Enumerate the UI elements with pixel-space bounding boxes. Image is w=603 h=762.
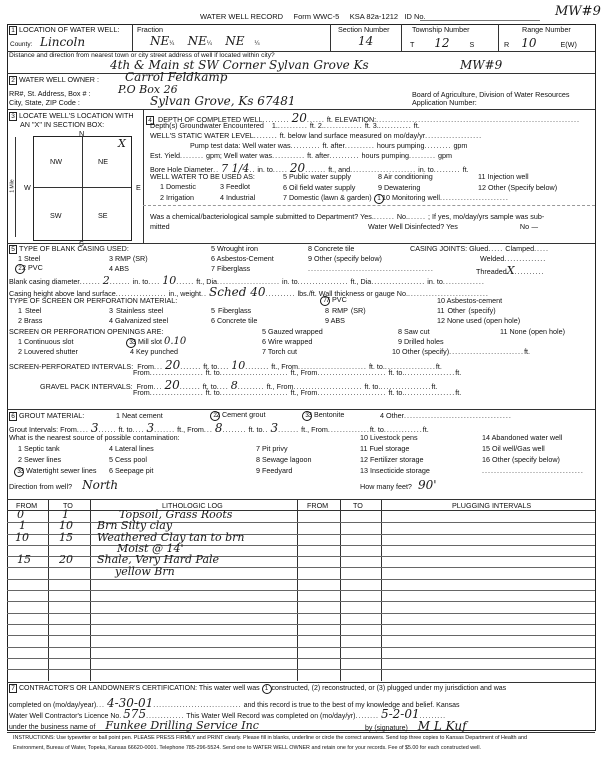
casing-wrought-iron[interactable]: 5 Wrought iron <box>211 244 258 253</box>
use-col1: 1 Domestic 2 Irrigation <box>160 182 196 203</box>
opening-key[interactable]: 4 Key punched <box>130 347 178 356</box>
township-label: Township Number <box>412 25 470 34</box>
corner-note: MW#9 <box>555 4 601 19</box>
opening-none[interactable]: 11 None (open hole) <box>500 327 565 336</box>
header-plug-to: TO <box>353 501 363 510</box>
casing-abs[interactable]: 4 ABS <box>109 264 129 273</box>
opening-louvered[interactable]: 2 Louvered shutter <box>18 347 78 356</box>
north-label: N <box>79 129 84 138</box>
owner-field[interactable]: Carrol Feldkamp <box>125 70 227 84</box>
county-field[interactable]: Lincoln <box>40 35 85 49</box>
section7-line1: 7CONTRACTOR'S OR LANDOWNER'S CERTIFICATI… <box>9 684 506 694</box>
city-label: City, State, ZIP Code : <box>9 98 80 107</box>
opening-wire[interactable]: 6 Wire wrapped <box>262 337 312 346</box>
casing-steel[interactable]: 1 Steel <box>18 254 40 263</box>
sample-tail: mitted <box>150 222 170 231</box>
application-label: Application Number: <box>412 98 477 107</box>
screen-material-label: TYPE OF SCREEN OR PERFORATION MATERIAL: <box>9 296 177 305</box>
section5-label: 5TYPE OF BLANK CASING USED: <box>9 244 129 254</box>
section6-label: 6GROUT MATERIAL: <box>9 411 84 421</box>
business-row[interactable]: under the business name of Funkee Drilli… <box>9 719 259 732</box>
casing-rmp[interactable]: 3 RMP (SR) <box>109 254 148 263</box>
use-col3: 5 Public water supply 6 Oil field water … <box>283 172 372 204</box>
range-label: Range Number <box>522 25 571 34</box>
instructions-line2: Environment, Bureau of Water, Topeka, Ka… <box>13 745 481 751</box>
use-monitoring-well[interactable]: 110 Monitoring well.....................… <box>378 193 509 204</box>
opening-gauzed[interactable]: 5 Gauzed wrapped <box>262 327 323 336</box>
screen-pvc[interactable]: 77 PVC <box>320 295 347 306</box>
statute: KSA 82a-1212 <box>350 12 398 21</box>
opening-continuous[interactable]: 1 Continuous slot <box>18 337 74 346</box>
title-text: WATER WELL RECORD <box>200 12 283 21</box>
use-col5: 11 Injection well 12 Other (Specify belo… <box>478 172 557 193</box>
casing-other[interactable]: 9 Other (specify below) <box>308 254 382 263</box>
static-level-row[interactable]: WELL'S STATIC WATER LEVEL........ ft. be… <box>150 131 482 140</box>
screen-row2: 2 Brass 4 Galvanized steel 6 Concrete ti… <box>18 316 42 325</box>
grout-cement[interactable]: 22 Cement grout <box>210 410 266 421</box>
disinfected-row[interactable]: Water Well Disinfected? Yes No — <box>368 222 538 231</box>
mile-label: 1 Mile <box>10 179 16 192</box>
casing-asbestos[interactable]: 6 Asbestos-Cement <box>211 254 274 263</box>
fraction-label: Fraction <box>137 25 163 34</box>
contam-row3: 33 Watertight sewer lines 6 Seepage pit … <box>14 466 96 477</box>
contam-livestock[interactable]: 10 Livestock pens <box>360 433 418 442</box>
location-mark: X <box>118 137 126 150</box>
fraction-field[interactable]: NE¼ NE¼ NE ¼ <box>150 34 260 48</box>
contam-row1: 1 Septic tank 4 Lateral lines 7 Pit priv… <box>18 444 60 453</box>
sample-row[interactable]: Was a chemical/bacteriological sample su… <box>150 212 544 221</box>
joints-glued[interactable]: CASING JOINTS: Glued..... Clamped..... <box>410 244 549 253</box>
section3-sublabel: AN "X" IN SECTION BOX: <box>20 120 104 129</box>
address-label: RR#, St. Address, Box # : <box>9 89 91 98</box>
screen-asbestos[interactable]: 10 Asbestos-cement <box>437 296 502 305</box>
grout-other[interactable]: 4 Other.................................… <box>380 411 512 420</box>
opening-drilled[interactable]: 9 Drilled holes <box>398 337 444 346</box>
opening-other[interactable]: 10 Other (specify)......................… <box>392 347 530 356</box>
signature-row[interactable]: by (signature) M L Kuf <box>365 719 467 733</box>
range-field[interactable]: R 10 E(W) <box>504 36 577 50</box>
screen-intervals-row2[interactable]: From.................. ft. to...........… <box>133 368 461 377</box>
casing-fiberglass[interactable]: 7 Fiberglass <box>211 264 250 273</box>
se-label: SE <box>98 211 108 220</box>
opening-torch[interactable]: 7 Torch cut <box>262 347 297 356</box>
distance-note: MW#9 <box>460 58 502 72</box>
west-label: W <box>24 183 31 192</box>
signature: M L Kuf <box>418 719 467 733</box>
section-number-label: Section Number <box>338 25 390 34</box>
section-number-field[interactable]: 14 <box>358 34 373 48</box>
openings-label: SCREEN OR PERFORATION OPENINGS ARE: <box>9 327 163 336</box>
joints-threaded[interactable]: ThreadedX.......... <box>476 264 545 277</box>
casing-concrete-tile[interactable]: 8 Concrete tile <box>308 244 354 253</box>
yield-row[interactable]: Est. Yield........ gpm; Well water was..… <box>150 151 452 160</box>
feet-row[interactable]: How many feet? 90' <box>360 478 437 492</box>
joints-welded[interactable]: Welded.............. <box>480 254 546 263</box>
groundwater-row[interactable]: Depth(s) Groundwater Encountered 1......… <box>150 121 420 130</box>
grout-bentonite[interactable]: 33 Bentonite <box>302 410 344 421</box>
casing-pvc[interactable]: 22 PVC <box>15 263 43 274</box>
opening-saw-cut[interactable]: 8 Saw cut <box>398 327 430 336</box>
section1-label: 1LOCATION OF WATER WELL: <box>9 25 119 35</box>
contam-abandoned[interactable]: 14 Abandoned water well <box>482 433 562 442</box>
county-label: County: <box>10 41 32 48</box>
instructions-line1: INSTRUCTIONS: Use typewriter or ball poi… <box>13 735 527 741</box>
section2-label: 2WATER WELL OWNER : <box>9 75 99 85</box>
direction-row[interactable]: Direction from well? North <box>9 478 118 492</box>
township-field[interactable]: T 12 S <box>410 36 474 50</box>
east-label: E <box>136 183 141 192</box>
contamination-label: What is the nearest source of possible c… <box>9 433 180 442</box>
ne-label: NE <box>98 157 108 166</box>
screen-row1: 1 Steel 3 Stainless steel 5 Fiberglass 8… <box>18 306 41 315</box>
constructed-circle[interactable]: 1 <box>262 684 272 694</box>
contam-row2: 2 Sewer lines 5 Cess pool 8 Sewage lagoo… <box>18 455 61 464</box>
header-plug-from: FROM <box>307 501 328 510</box>
pump-test-row[interactable]: Pump test data: Well water was..........… <box>190 141 467 150</box>
form-number: Form WWC-5 <box>293 12 339 21</box>
sw-label: SW <box>50 211 62 220</box>
use-label: WELL WATER TO BE USED AS: <box>150 172 255 181</box>
header-plugging: PLUGGING INTERVALS <box>452 501 531 510</box>
city-field[interactable]: Sylvan Grove, Ks 67481 <box>150 94 295 108</box>
use-col2: 3 Feedlot 4 Industrial <box>220 182 255 203</box>
log-row[interactable] <box>7 669 595 680</box>
form-title: WATER WELL RECORD Form WWC-5 KSA 82a-121… <box>200 12 426 21</box>
nw-label: NW <box>50 157 62 166</box>
gravel-intervals-row2[interactable]: From.................. ft. to...........… <box>133 388 461 397</box>
grout-neat-cement[interactable]: 1 Neat cement <box>116 411 163 420</box>
